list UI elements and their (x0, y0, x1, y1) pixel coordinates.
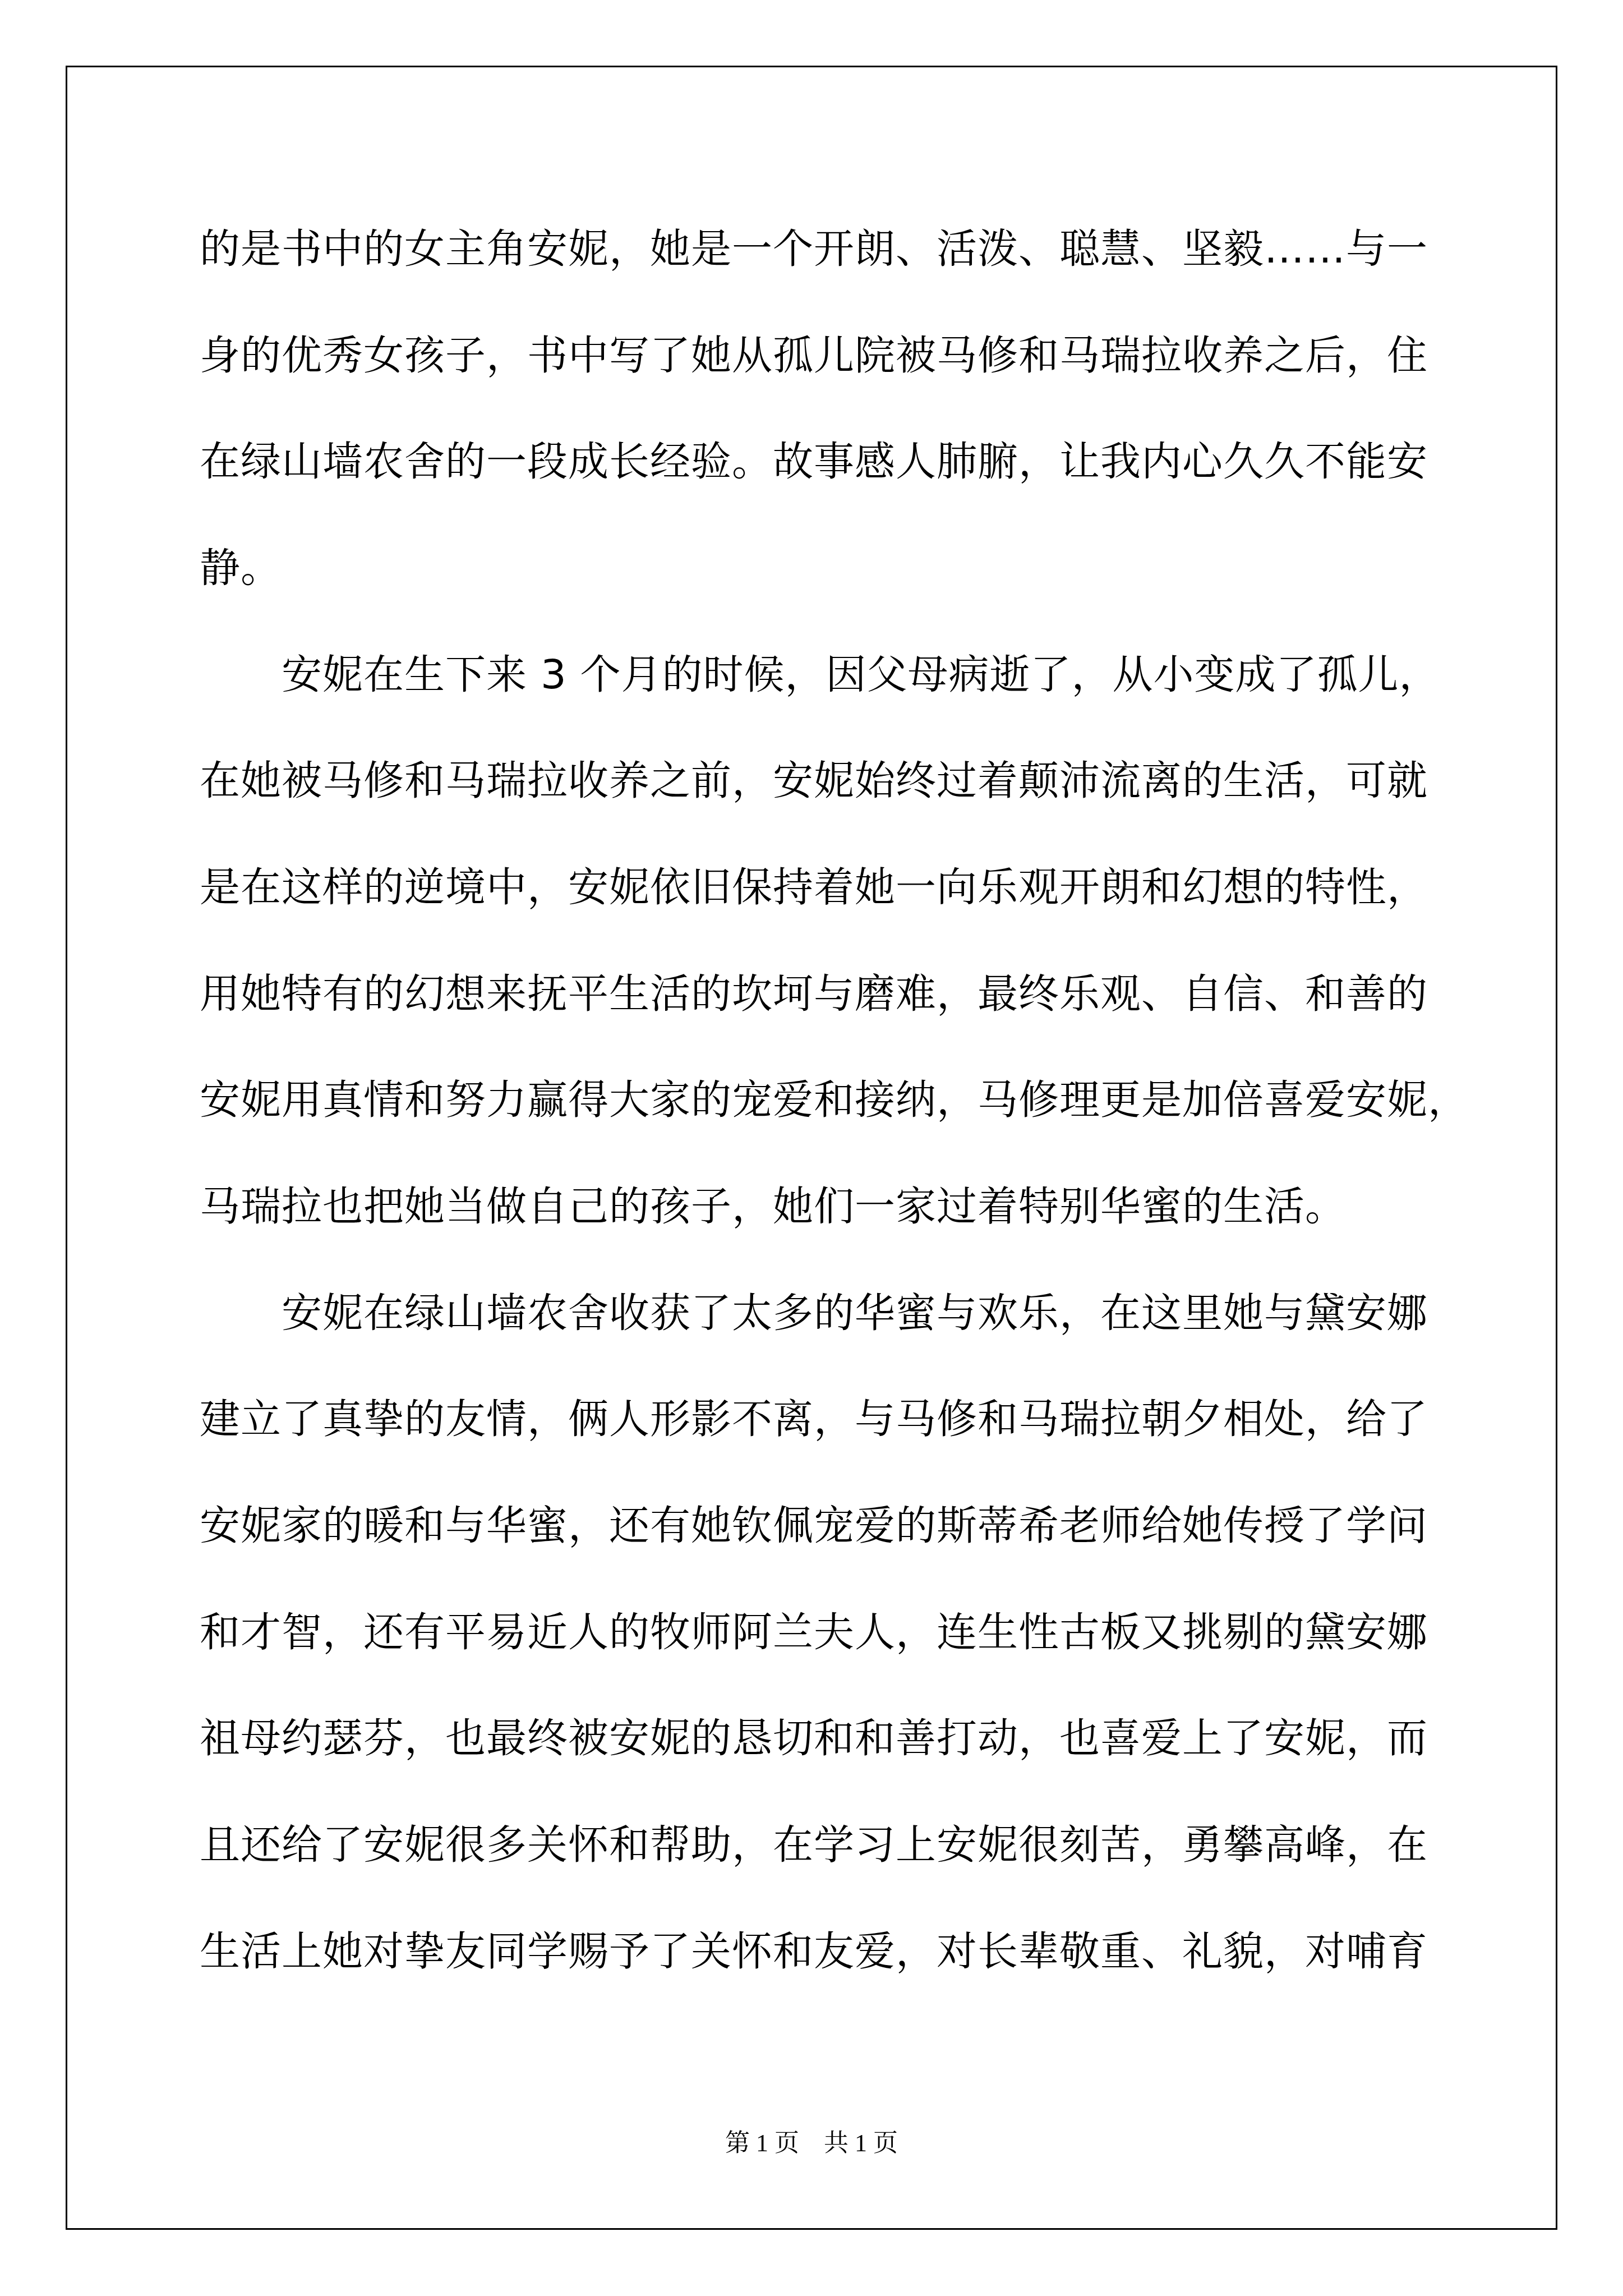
text-line: 马瑞拉也把她当做自己的孩子，她们一家过着特别华蜜的生活。 (200, 1186, 1346, 1226)
text-line: 身的优秀女孩子，书中写了她从孤儿院被马修和马瑞拉收养之后，住 (200, 335, 1428, 375)
text-line: 祖母约瑟芬，也最终被安妮的恳切和和善打动，也喜爱上了安妮，而 (200, 1718, 1428, 1758)
page-border (66, 66, 1557, 2230)
text-line: 且还给了安妮很多关怀和帮助，在学习上安妮很刻苦，勇攀高峰，在 (200, 1824, 1428, 1865)
text-line: 安妮家的暖和与华蜜，还有她钦佩宠爱的斯蒂希老师给她传授了学问 (200, 1505, 1428, 1545)
text-line: 在她被马修和马瑞拉收养之前，安妮始终过着颠沛流离的生活，可就 (200, 760, 1428, 800)
page-number: 第 1 页 (725, 2129, 799, 2157)
text-line: 用她特有的幻想来抚平生活的坎坷与磨难，最终乐观、自信、和善的 (200, 973, 1428, 1014)
text-line: 静。 (200, 547, 282, 588)
text-line: 和才智，还有平易近人的牧师阿兰夫人，连生性古板又挑剔的黛安娜 (200, 1612, 1428, 1652)
text-line: 在绿山墙农舍的一段成长经验。故事感人肺腑，让我内心久久不能安 (200, 441, 1428, 481)
text-line: 是在这样的逆境中，安妮依旧保持着她一向乐观开朗和幻想的特性， (200, 867, 1428, 907)
text-line: 生活上她对挚友同学赐予了关怀和友爱，对长辈敬重、礼貌，对哺育 (200, 1931, 1428, 1971)
page-total: 共 1 页 (824, 2129, 898, 2157)
text-line: 建立了真挚的友情，俩人形影不离，与马修和马瑞拉朝夕相处，给了 (200, 1398, 1428, 1439)
page-footer: 第 1 页共 1 页 (0, 2129, 1623, 2157)
text-line: 的是书中的女主角安妮，她是一个开朗、活泼、聪慧、坚毅……与一 (200, 228, 1428, 269)
text-line: 安妮在生下来 3 个月的时候，因父母病逝了，从小变成了孤儿， (282, 654, 1440, 694)
text-line: 安妮在绿山墙农舍收获了太多的华蜜与欢乐，在这里她与黛安娜 (282, 1292, 1428, 1333)
text-line: 安妮用真情和努力赢得大家的宠爱和接纳，马修理更是加倍喜爱安妮， (200, 1079, 1469, 1120)
